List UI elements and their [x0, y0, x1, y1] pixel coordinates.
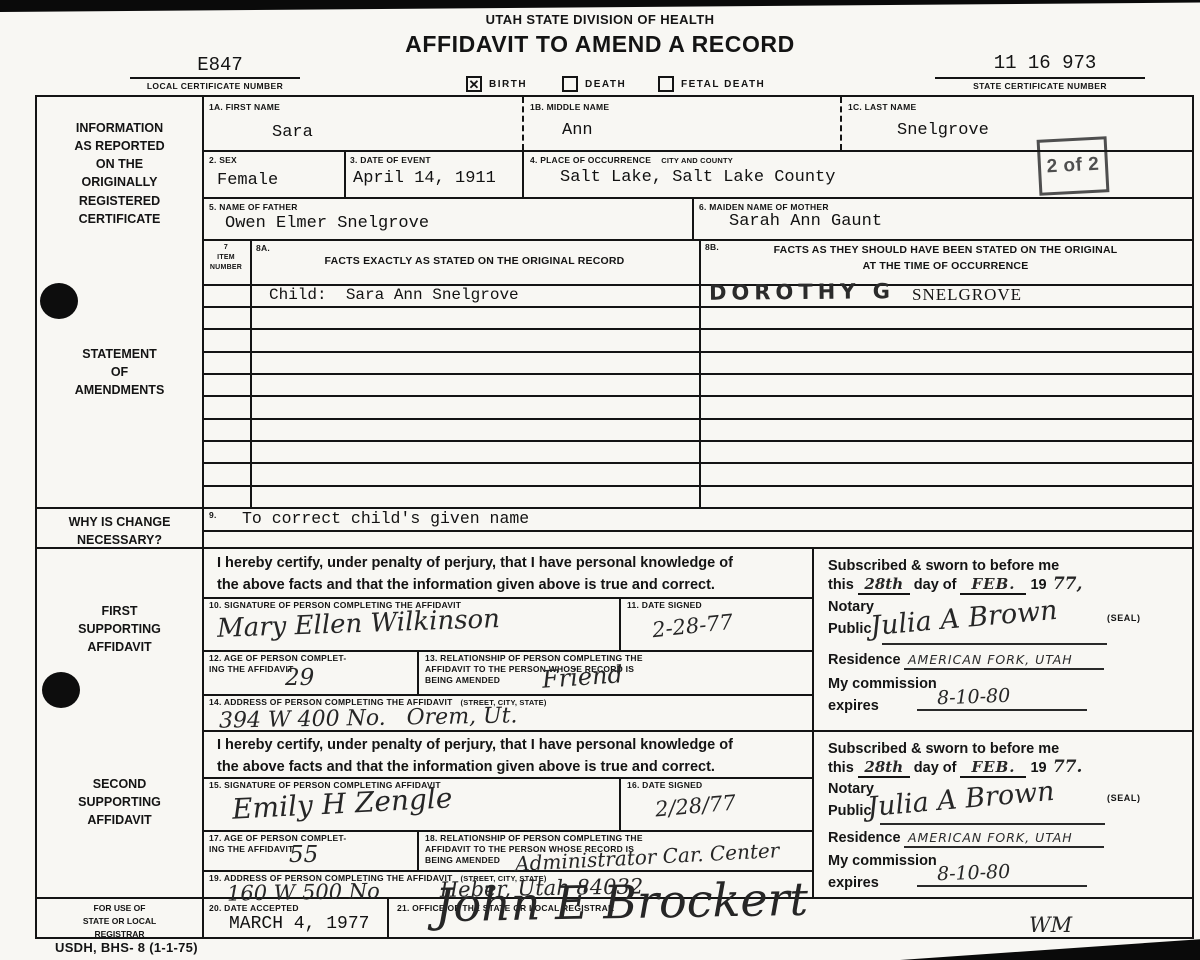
amendment-row — [202, 462, 1192, 464]
amendment-row — [202, 395, 1192, 397]
sex-label: 2. SEX — [209, 155, 237, 166]
affidavit-form-grid: INFORMATION AS REPORTED ON THE ORIGINALL… — [35, 95, 1194, 939]
date-accepted-label: 20. DATE ACCEPTED — [209, 903, 299, 914]
middle-name-value: Ann — [562, 121, 593, 140]
place-value: Salt Lake, Salt Lake County — [560, 168, 835, 187]
father-name-label: 5. NAME OF FATHER — [209, 202, 298, 213]
notary2-residence: AMERICAN FORK, UTAH — [908, 830, 1073, 845]
amendment-row — [202, 440, 1192, 442]
amendment-row — [202, 328, 1192, 330]
notary1-year-blank: 77, — [1051, 574, 1085, 594]
section-first-affidavit: FIRST SUPPORTING AFFIDAVIT — [37, 602, 202, 656]
item-number-column-label: 7 ITEM NUMBER — [202, 243, 250, 273]
section-registrar-use: FOR USE OF STATE OR LOCAL REGISTRAR — [37, 902, 202, 940]
notary1-box: Subscribed & sworn to before me this 28t… — [812, 547, 1192, 730]
amendment-corrected-typed: SNELGROVE — [912, 285, 1022, 305]
notary1-residence: AMERICAN FORK, UTAH — [908, 652, 1073, 667]
notary2-dayof-word: day of — [914, 760, 957, 776]
affidavit1-date-signed: 2-28-77 — [651, 610, 734, 642]
form-number: USDH, BHS- 8 (1-1-75) — [55, 940, 198, 955]
local-certificate-underline — [130, 77, 300, 79]
checkbox-death: DEATH — [562, 76, 626, 92]
notary2-box: Subscribed & sworn to before me this 28t… — [812, 730, 1192, 897]
why-change-value: To correct child's given name — [242, 509, 529, 528]
father-name-value: Owen Elmer Snelgrove — [225, 214, 429, 233]
notary2-day-blank: 28th — [858, 758, 910, 778]
notary1-month: FEB. — [971, 575, 1015, 593]
notary1-year: 77, — [1053, 574, 1083, 594]
section-second-affidavit: SECOND SUPPORTING AFFIDAVIT — [37, 775, 202, 829]
affidavit1-relationship: Friend — [541, 660, 624, 694]
notary1-public-label: Notary Public — [828, 596, 874, 641]
local-certificate-number: E847 — [140, 54, 300, 76]
state-certificate-number: 11 16 973 — [945, 52, 1145, 74]
amendment-row — [202, 485, 1192, 487]
date-of-event-value: April 14, 1911 — [353, 169, 496, 188]
death-checkbox-label: DEATH — [585, 79, 626, 90]
birth-checkbox-box: ✕ — [466, 76, 482, 92]
death-checkbox-box — [562, 76, 578, 92]
notary2-seal-label: (SEAL) — [1107, 793, 1141, 803]
first-name-label: 1A. FIRST NAME — [209, 102, 280, 113]
notary1-expires: 8-10-80 — [937, 685, 1011, 710]
last-name-label: 1C. LAST NAME — [848, 102, 916, 113]
notary1-residence-label: Residence — [828, 649, 901, 671]
notary2-this-word: this — [828, 760, 854, 776]
amendment-row — [202, 418, 1192, 420]
affidavit2-age: 55 — [289, 842, 318, 868]
state-certificate-underline — [935, 77, 1145, 79]
notary2-year: 77. — [1053, 757, 1083, 777]
affidavit1-age-label: 12. AGE OF PERSON COMPLET- ING THE AFFID… — [209, 653, 346, 675]
birth-checkbox-label: BIRTH — [489, 79, 527, 90]
divider-1a-1b — [522, 97, 524, 150]
col-8b-label: FACTS AS THEY SHOULD HAVE BEEN STATED ON… — [699, 243, 1192, 275]
notary1-seal-label: (SEAL) — [1107, 613, 1141, 623]
checkbox-fetal-death: FETAL DEATH — [658, 76, 765, 92]
scan-edge-top — [0, 0, 1200, 12]
notary1-dayof-word: day of — [914, 577, 957, 593]
amendment-row — [202, 373, 1192, 375]
affidavit2-date-signed-label: 16. DATE SIGNED — [627, 780, 702, 791]
registrar-signature: John E Brockert — [435, 872, 809, 933]
notary2-month: FEB. — [971, 758, 1015, 776]
registrar-initials: WM — [1029, 913, 1072, 937]
notary1-19-word: 19 — [1030, 577, 1046, 593]
notary1-signature: Julia A Brown — [869, 595, 1059, 642]
scanned-affidavit-document: UTAH STATE DIVISION OF HEALTH AFFIDAVIT … — [0, 0, 1200, 960]
affidavit2-date-signed: 2/28/77 — [654, 791, 737, 822]
amendment-row — [202, 306, 1192, 308]
date-accepted-value: MARCH 4, 1977 — [229, 914, 369, 934]
notary2-commission-label: My commission expires — [828, 850, 937, 895]
sex-value: Female — [217, 171, 278, 190]
affidavit2-age-label: 17. AGE OF PERSON COMPLET- ING THE AFFID… — [209, 833, 346, 855]
notary2-19-word: 19 — [1030, 760, 1046, 776]
affidavit2-certify-text: I hereby certify, under penalty of perju… — [217, 734, 807, 779]
notary1-commission-label: My commission expires — [828, 673, 937, 718]
notary2-residence-label: Residence — [828, 827, 901, 849]
notary2-signature: Julia A Brown — [866, 776, 1056, 823]
amendment-row — [202, 351, 1192, 353]
notary1-day: 28th — [864, 575, 903, 593]
place-sublabel: CITY AND COUNTY — [661, 156, 733, 165]
checkbox-birth: ✕ BIRTH — [466, 76, 527, 92]
place-label-row: 4. PLACE OF OCCURRENCE CITY AND COUNTY — [530, 155, 733, 166]
date-of-event-label: 3. DATE OF EVENT — [350, 155, 431, 166]
notary1-month-blank: FEB. — [960, 575, 1026, 595]
notary2-year-blank: 77. — [1051, 757, 1085, 777]
label-column-divider — [202, 97, 204, 937]
middle-name-label: 1B. MIDDLE NAME — [530, 102, 609, 113]
birth-check-mark: ✕ — [469, 78, 480, 91]
notary2-day: 28th — [864, 758, 903, 776]
section-statement-of-amendments: STATEMENT OF AMENDMENTS — [37, 345, 202, 399]
notary2-month-blank: FEB. — [960, 758, 1026, 778]
amendment-corrected-handwritten: DOROTHY G — [709, 279, 895, 305]
affidavit1-address: 394 W 400 No. Orem, Ut. — [219, 703, 518, 733]
notary1-date-line: this 28th day of FEB. 19 77, — [828, 574, 1085, 595]
divider-1b-1c — [840, 97, 842, 150]
mother-name-value: Sarah Ann Gaunt — [729, 212, 882, 231]
fetal-death-checkbox-box — [658, 76, 674, 92]
notary2-date-line: this 28th day of FEB. 19 77. — [828, 757, 1085, 778]
notary2-expires: 8-10-80 — [937, 861, 1011, 886]
first-name-value: Sara — [272, 123, 313, 142]
state-certificate-label: STATE CERTIFICATE NUMBER — [935, 81, 1145, 91]
section-original-info: INFORMATION AS REPORTED ON THE ORIGINALL… — [37, 119, 202, 228]
affidavit1-date-signed-label: 11. DATE SIGNED — [627, 600, 702, 611]
place-label: 4. PLACE OF OCCURRENCE — [530, 155, 651, 166]
amendment-original-value: Child: Sara Ann Snelgrove — [269, 286, 519, 304]
affidavit1-certify-text: I hereby certify, under penalty of perju… — [217, 552, 807, 597]
why-change-item-number: 9. — [209, 510, 217, 521]
col-8a-number: 8A. — [256, 243, 270, 254]
section-why-change: WHY IS CHANGE NECESSARY? — [37, 513, 202, 549]
notary1-this-word: this — [828, 577, 854, 593]
fetal-death-checkbox-label: FETAL DEATH — [681, 79, 765, 90]
local-certificate-label: LOCAL CERTIFICATE NUMBER — [130, 81, 300, 91]
col-8a-label: FACTS EXACTLY AS STATED ON THE ORIGINAL … — [250, 254, 699, 270]
agency-name: UTAH STATE DIVISION OF HEALTH — [0, 12, 1200, 27]
affidavit1-age: 29 — [285, 665, 314, 691]
last-name-value: Snelgrove — [897, 121, 989, 140]
notary1-day-blank: 28th — [858, 575, 910, 595]
